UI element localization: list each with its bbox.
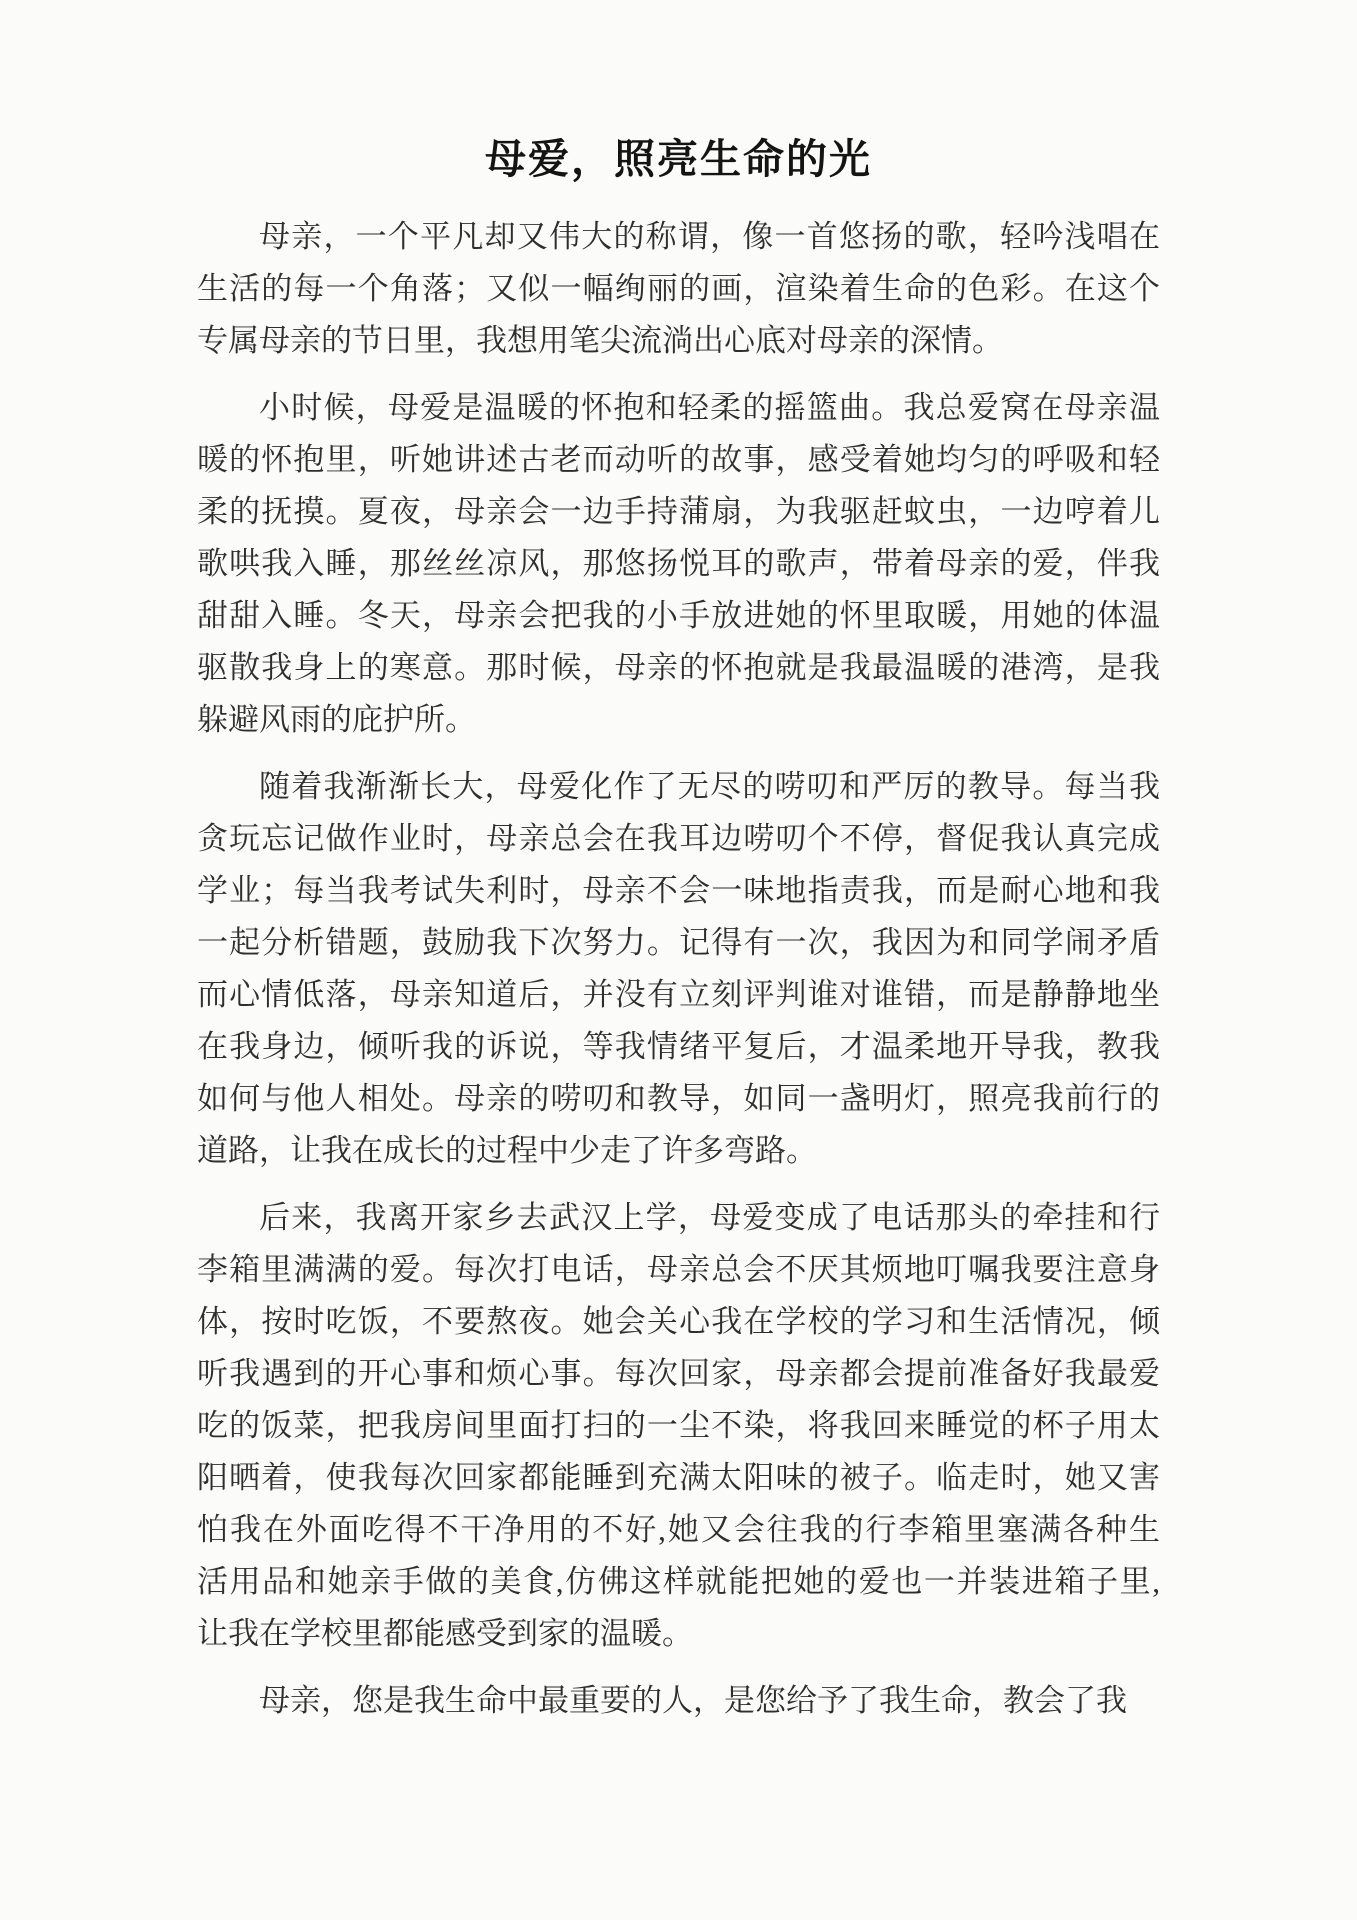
text-line: 阳晒着，使我每次回家都能睡到充满太阳味的被子。临走时，她又害 — [197, 1452, 1160, 1504]
text-line: 小时候，母爱是温暖的怀抱和轻柔的摇篮曲。我总爱窝在母亲温 — [197, 382, 1160, 434]
text-line: 让我在学校里都能感受到家的温暖。 — [197, 1608, 1160, 1660]
text-line: 随着我渐渐长大，母爱化作了无尽的唠叨和严厉的教导。每当我 — [197, 761, 1160, 813]
text-line: 后来，我离开家乡去武汉上学，母爱变成了电话那头的牵挂和行 — [197, 1192, 1160, 1244]
text-line: 而心情低落，母亲知道后，并没有立刻评判谁对谁错，而是静静地坐 — [197, 969, 1160, 1021]
essay-title: 母爱，照亮生命的光 — [0, 126, 1357, 185]
text-line: 驱散我身上的寒意。那时候，母亲的怀抱就是我最温暖的港湾，是我 — [197, 642, 1160, 694]
text-line: 暖的怀抱里，听她讲述古老而动听的故事，感受着她均匀的呼吸和轻 — [197, 434, 1160, 486]
text-line: 李箱里满满的爱。每次打电话，母亲总会不厌其烦地叮嘱我要注意身 — [197, 1244, 1160, 1296]
text-line: 体，按时吃饭，不要熬夜。她会关心我在学校的学习和生活情况，倾 — [197, 1296, 1160, 1348]
text-line: 听我遇到的开心事和烦心事。每次回家，母亲都会提前准备好我最爱 — [197, 1348, 1160, 1400]
text-line: 甜甜入睡。冬天，母亲会把我的小手放进她的怀里取暖，用她的体温 — [197, 590, 1160, 642]
text-line: 母亲，您是我生命中最重要的人，是您给予了我生命，教会了我 — [197, 1675, 1160, 1727]
text-line: 怕我在外面吃得不干净用的不好,她又会往我的行李箱里塞满各种生 — [197, 1504, 1160, 1556]
paragraph: 随着我渐渐长大，母爱化作了无尽的唠叨和严厉的教导。每当我贪玩忘记做作业时，母亲总… — [197, 761, 1160, 1177]
text-line: 活用品和她亲手做的美食,仿佛这样就能把她的爱也一并装进箱子里, — [197, 1556, 1160, 1608]
text-line: 专属母亲的节日里，我想用笔尖流淌出心底对母亲的深情。 — [197, 315, 1160, 367]
essay-body: 母亲，一个平凡却又伟大的称谓，像一首悠扬的歌，轻吟浅唱在生活的每一个角落；又似一… — [197, 211, 1160, 1727]
text-line: 如何与他人相处。母亲的唠叨和教导，如同一盏明灯，照亮我前行的 — [197, 1073, 1160, 1125]
text-line: 吃的饭菜，把我房间里面打扫的一尘不染，将我回来睡觉的杯子用太 — [197, 1400, 1160, 1452]
text-line: 躲避风雨的庇护所。 — [197, 694, 1160, 746]
paragraph: 母亲，您是我生命中最重要的人，是您给予了我生命，教会了我 — [197, 1675, 1160, 1727]
text-line: 歌哄我入睡，那丝丝凉风，那悠扬悦耳的歌声，带着母亲的爱，伴我 — [197, 538, 1160, 590]
paragraph: 母亲，一个平凡却又伟大的称谓，像一首悠扬的歌，轻吟浅唱在生活的每一个角落；又似一… — [197, 211, 1160, 367]
text-line: 一起分析错题，鼓励我下次努力。记得有一次，我因为和同学闹矛盾 — [197, 917, 1160, 969]
text-line: 母亲，一个平凡却又伟大的称谓，像一首悠扬的歌，轻吟浅唱在 — [197, 211, 1160, 263]
paragraph: 后来，我离开家乡去武汉上学，母爱变成了电话那头的牵挂和行李箱里满满的爱。每次打电… — [197, 1192, 1160, 1660]
text-line: 柔的抚摸。夏夜，母亲会一边手持蒲扇，为我驱赶蚊虫，一边哼着儿 — [197, 486, 1160, 538]
text-line: 生活的每一个角落；又似一幅绚丽的画，渲染着生命的色彩。在这个 — [197, 263, 1160, 315]
text-line: 学业；每当我考试失利时，母亲不会一味地指责我，而是耐心地和我 — [197, 865, 1160, 917]
document-page: 母爱，照亮生命的光 母亲，一个平凡却又伟大的称谓，像一首悠扬的歌，轻吟浅唱在生活… — [0, 0, 1357, 1920]
text-line: 贪玩忘记做作业时，母亲总会在我耳边唠叨个不停，督促我认真完成 — [197, 813, 1160, 865]
text-line: 在我身边，倾听我的诉说，等我情绪平复后，才温柔地开导我，教我 — [197, 1021, 1160, 1073]
text-line: 道路，让我在成长的过程中少走了许多弯路。 — [197, 1125, 1160, 1177]
paragraph: 小时候，母爱是温暖的怀抱和轻柔的摇篮曲。我总爱窝在母亲温暖的怀抱里，听她讲述古老… — [197, 382, 1160, 746]
